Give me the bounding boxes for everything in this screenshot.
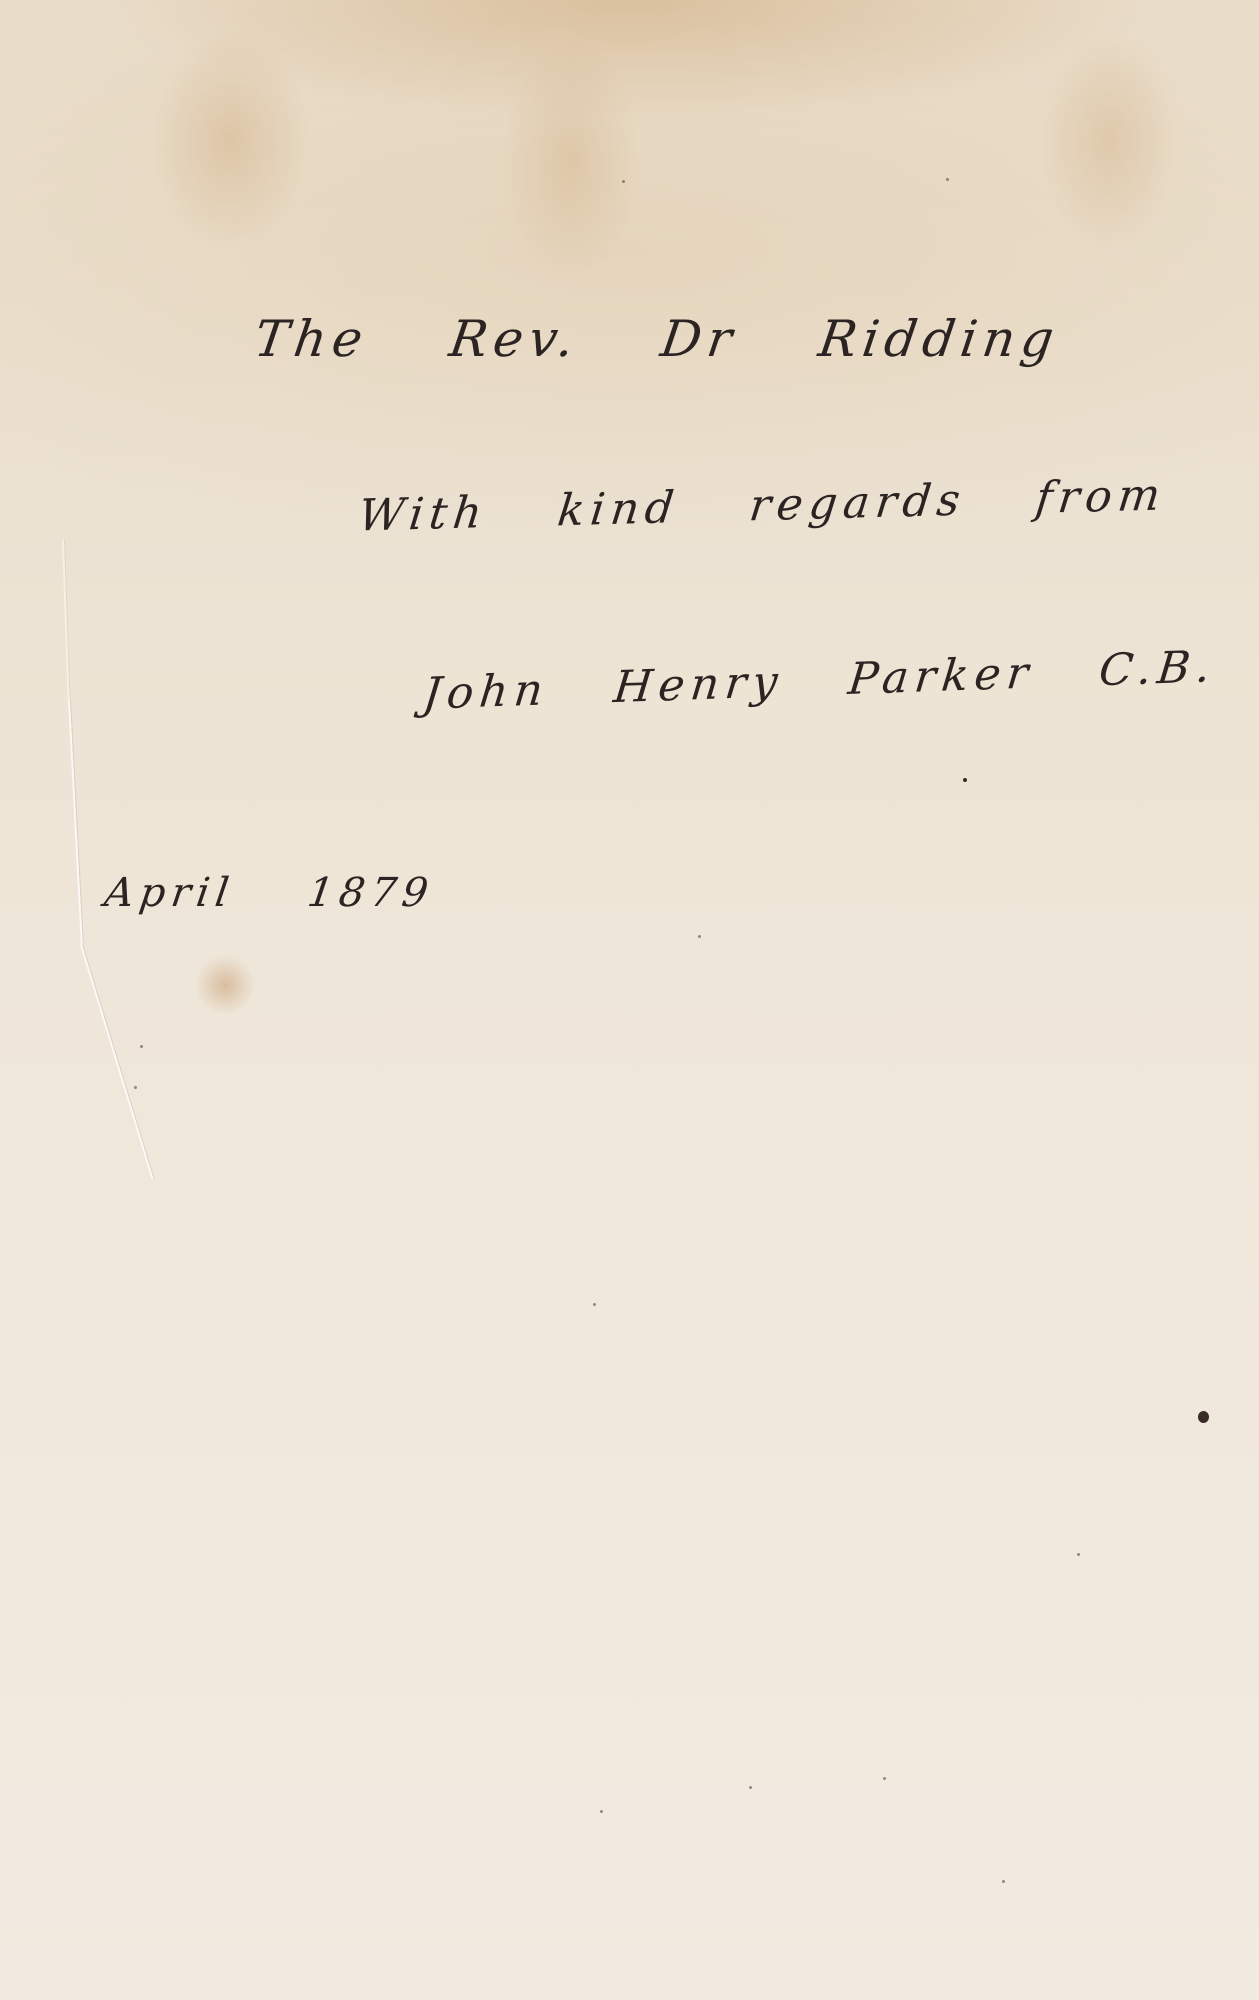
recipient-line: The Rev. Dr Ridding [251,310,1063,368]
paper-speck [134,1086,137,1089]
paper-speck [698,935,701,938]
paper-crease [80,944,154,1179]
paper-crease [68,700,83,945]
paper-speck [749,1786,752,1789]
paper-speck [140,1045,143,1048]
regards-line: With kind regards from [356,469,1169,541]
paper-speck [883,1777,886,1780]
paper-crease [62,540,70,700]
signature-line: John Henry Parker C.B. [421,641,1219,720]
date-line: April 1879 [102,870,437,916]
ink-spot [1198,1411,1209,1423]
paper-speck [593,1303,596,1306]
paper-speck [622,180,625,183]
paper-speck [1077,1553,1080,1556]
paper-speck [1002,1880,1005,1883]
paper-speck [600,1810,603,1813]
paper-speck [946,178,949,181]
ink-spot [963,778,967,782]
document-page: The Rev. Dr Ridding With kind regards fr… [0,0,1259,2000]
